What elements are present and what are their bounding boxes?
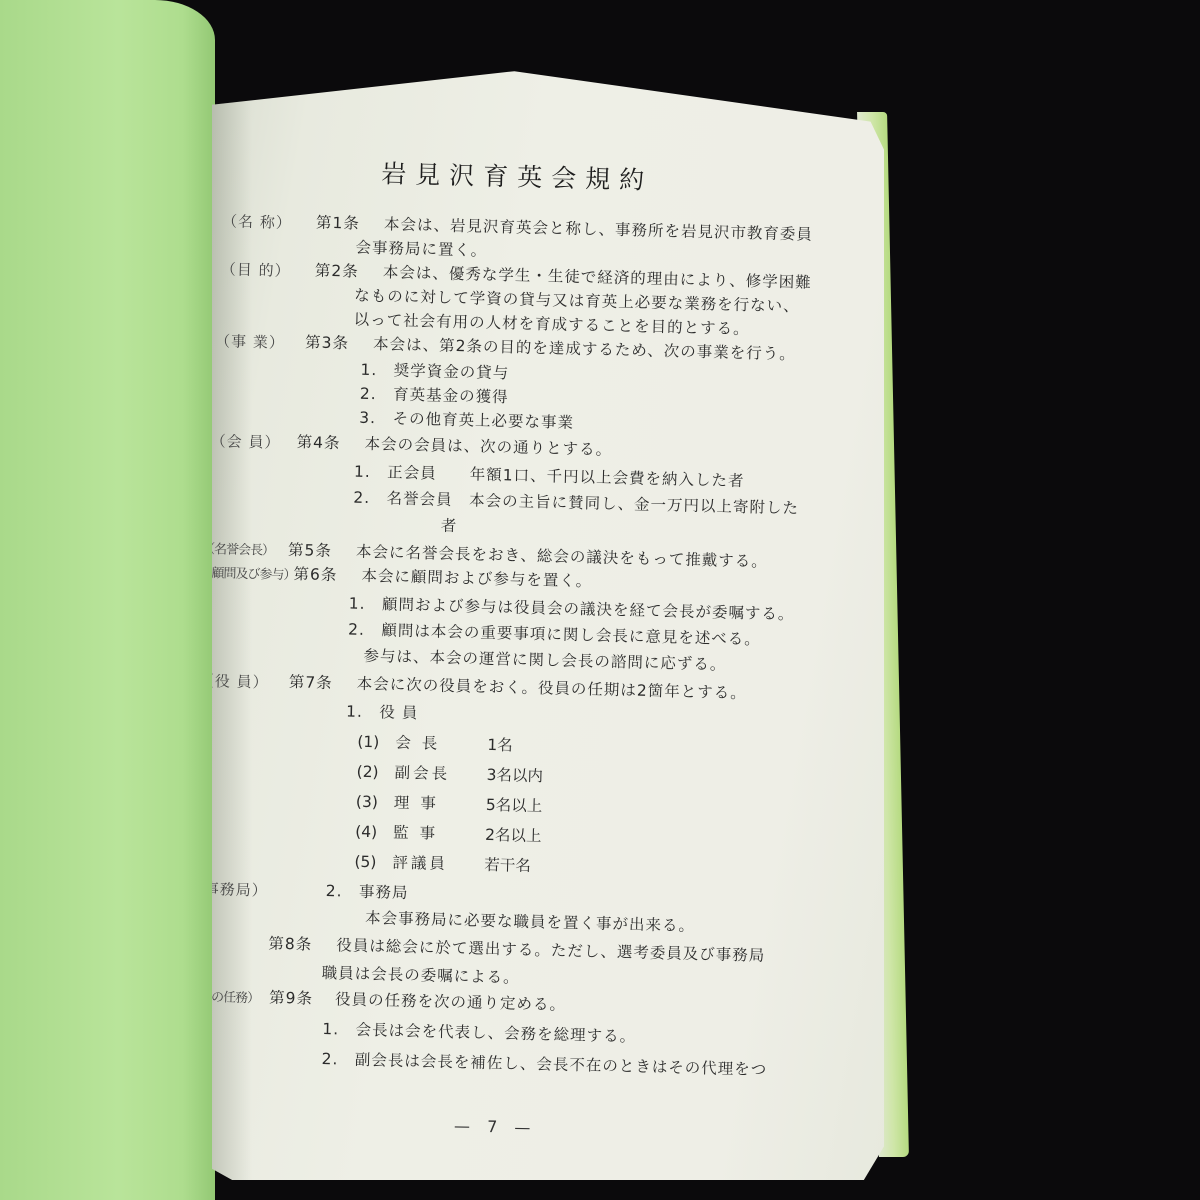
officer-row: (1)会 長1名 [357, 730, 513, 756]
officer-role: 評議員 [392, 851, 485, 875]
officer-number: (3) [356, 793, 394, 812]
article-5-heading: （名誉会長） [202, 538, 274, 559]
article-4-number: 第4条 [296, 430, 340, 453]
article-7-subheading: 1. 役 員 [346, 699, 419, 723]
article-7-line-1: 本会に次の役員をおく。役員の任期は2箇年とする。 [357, 672, 747, 704]
officer-count: 1名 [487, 736, 513, 755]
article-3-heading: （事 業） [215, 330, 285, 353]
article-4-continuation: 者 [440, 514, 457, 536]
officer-role: 理 事 [394, 791, 487, 815]
article-9-item-1: 1. 会長は会を代表し、会務を総理する。 [322, 1017, 636, 1047]
article-6-line-1: 本会に顧問および参与を置く。 [361, 564, 592, 592]
article-4-line-1: 本会の会員は、次の通りとする。 [364, 432, 612, 460]
article-6-number: 第6条 [293, 562, 337, 585]
officer-role: 副会長 [394, 761, 487, 785]
page-number: — 7 — [454, 1116, 537, 1137]
document-page: 岩見沢育英会規約 （名 称） 第1条 本会は、岩見沢育英会と称し、事務所を岩見沢… [212, 60, 884, 1180]
officer-count: 若干名 [484, 856, 531, 875]
article-7-number: 第7条 [289, 670, 333, 693]
photo-scene: 岩見沢育英会規約 （名 称） 第1条 本会は、岩見沢育英会と称し、事務所を岩見沢… [0, 0, 1200, 1200]
article-1-number: 第1条 [316, 211, 360, 234]
article-1-heading: （名 称） [222, 210, 292, 233]
article-3-item-3: 3. その他育英上必要な事業 [359, 406, 574, 433]
article-3-item-1: 1. 奨学資金の貸与 [360, 358, 509, 384]
officer-row: (3)理 事5名以上 [356, 790, 543, 817]
officer-role: 会 長 [395, 731, 488, 755]
article-5-number: 第5条 [288, 538, 332, 561]
article-1-line-2: 会事務局に置く。 [355, 236, 487, 261]
article-9-item-2: 2. 副会長は会長を補佐し、会長不在のときはその代理をつ [321, 1047, 767, 1080]
article-6-continuation: 参与は、本会の運営に関し会長の諮問に応ずる。 [363, 644, 726, 675]
article-2-number: 第2条 [315, 259, 359, 282]
facing-page-green [0, 0, 215, 1200]
officer-row: (2)副会長3名以内 [356, 760, 543, 787]
officer-count: 5名以上 [486, 796, 543, 815]
officer-number: (5) [354, 853, 392, 872]
secretariat-line-1: 本会事務局に必要な職員を置く事が出来る。 [365, 906, 695, 936]
article-9-line-1: 役員の任務を次の通り定める。 [335, 987, 566, 1015]
officer-row: (5)評議員若干名 [354, 850, 531, 876]
officer-number: (2) [356, 763, 394, 782]
officer-number: (1) [357, 733, 395, 752]
article-9-number: 第9条 [269, 986, 313, 1009]
document-title: 岩見沢育英会規約 [381, 154, 654, 197]
article-8-number: 第8条 [268, 932, 312, 955]
article-4-heading: （会 員） [210, 430, 280, 453]
article-3-item-2: 2. 育英基金の獲得 [360, 382, 509, 408]
officer-count: 3名以内 [486, 766, 543, 785]
officer-number: (4) [355, 823, 393, 842]
article-8-line-1: 役員は総会に於て選出する。ただし、選考委員及び事務局 [336, 933, 765, 965]
article-6-heading: （顧問及び参与） [199, 562, 295, 583]
officer-count: 2名以上 [485, 826, 542, 845]
secretariat-subheading: 2. 事務局 [325, 879, 408, 903]
officer-row: (4)監 事2名以上 [355, 820, 542, 847]
page-content: 岩見沢育英会規約 （名 称） 第1条 本会は、岩見沢育英会と称し、事務所を岩見沢… [185, 60, 884, 1196]
officer-role: 監 事 [393, 821, 486, 845]
article-2-heading: （目 的） [221, 258, 291, 281]
article-3-number: 第3条 [305, 330, 349, 353]
article-8-line-2: 職員は会長の委嘱による。 [321, 961, 519, 988]
